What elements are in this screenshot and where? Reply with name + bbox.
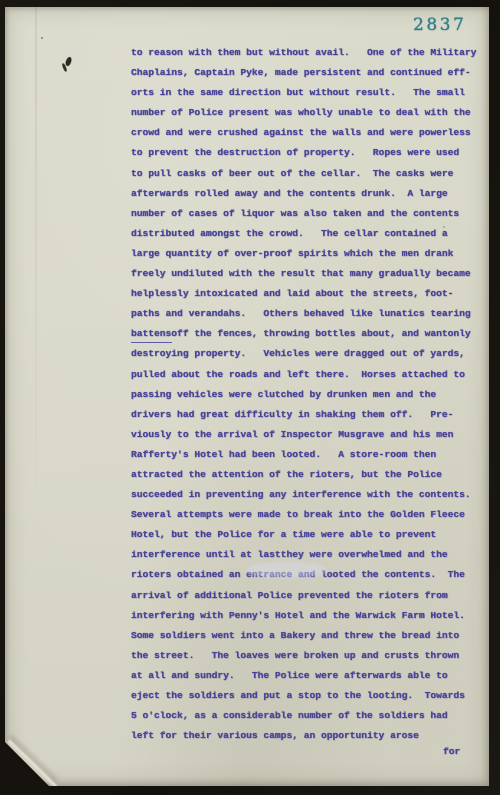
text-line: number of cases of liquor was also taken… <box>131 204 483 224</box>
text-line: viously to the arrival of Inspector Musg… <box>131 425 483 445</box>
text-line: Some soldiers went into a Bakery and thr… <box>131 626 483 646</box>
text-line: succeeded in preventing any interference… <box>131 485 483 505</box>
erasure-smudge <box>246 562 326 578</box>
text-line: Several attempts were made to break into… <box>131 505 483 525</box>
text-line: number of Police present was wholly unab… <box>131 103 483 123</box>
text-line: destroying property. Vehicles were dragg… <box>131 344 483 364</box>
ink-blot-head <box>65 57 72 67</box>
text-line: large quantity of over-proof spirits whi… <box>131 244 483 264</box>
text-line: drivers had great difficulty in shaking … <box>131 405 483 425</box>
text-line: battensoff the fences, throwing bottles … <box>131 324 483 344</box>
scanned-document: 2837 to reason with them but without ava… <box>0 0 500 795</box>
catchword: for <box>443 742 460 762</box>
page-number-stamp: 2837 <box>413 17 466 34</box>
ink-blot-mark <box>60 55 74 75</box>
document-page: 2837 to reason with them but without ava… <box>5 7 489 786</box>
folded-corner-shadow <box>8 734 58 782</box>
text-line: to prevent the destruction of property. … <box>131 143 483 163</box>
text-line: attracted the attention of the rioters, … <box>131 465 483 485</box>
text-line: to reason with them but without avail. O… <box>131 43 483 63</box>
typewritten-text: to reason with them but without avail. O… <box>131 43 483 746</box>
text-line: crowd and were crushed against the walls… <box>131 123 483 143</box>
text-line: the street. The loaves were broken up an… <box>131 646 483 666</box>
text-line: Chaplains, Captain Pyke, made persistent… <box>131 63 483 83</box>
folded-corner-edge <box>7 740 57 789</box>
text-line: afterwards rolled away and the contents … <box>131 184 483 204</box>
paper-speck <box>41 37 43 39</box>
text-line: paths and verandahs. Others behaved like… <box>131 304 483 324</box>
text-line: passing vehicles were clutched by drunke… <box>131 385 483 405</box>
text-line: 5 o'clock, as a considerable number of t… <box>131 706 483 726</box>
text-line: orts in the same direction but without r… <box>131 83 483 103</box>
text-line: Hotel, but the Police for a time were ab… <box>131 525 483 545</box>
text-line: to pull casks of beer out of the cellar.… <box>131 164 483 184</box>
text-line: left for their various camps, an opportu… <box>131 726 483 746</box>
text-line: eject the soldiers and put a stop to the… <box>131 686 483 706</box>
paper-crease <box>35 7 37 490</box>
correction-underline <box>131 342 172 343</box>
text-line: freely undiluted with the result that ma… <box>131 264 483 284</box>
text-line: pulled about the roads and left there. H… <box>131 365 483 385</box>
text-line: Rafferty's Hotel had been looted. A stor… <box>131 445 483 465</box>
text-line: arrival of additional Police prevented t… <box>131 586 483 606</box>
text-line: helplessly intoxicated and laid about th… <box>131 284 483 304</box>
text-line: distributed amongst the crowd. The cella… <box>131 224 483 244</box>
text-line: at all and sundry. The Police were after… <box>131 666 483 686</box>
text-line: interfering with Penny's Hotel and the W… <box>131 606 483 626</box>
